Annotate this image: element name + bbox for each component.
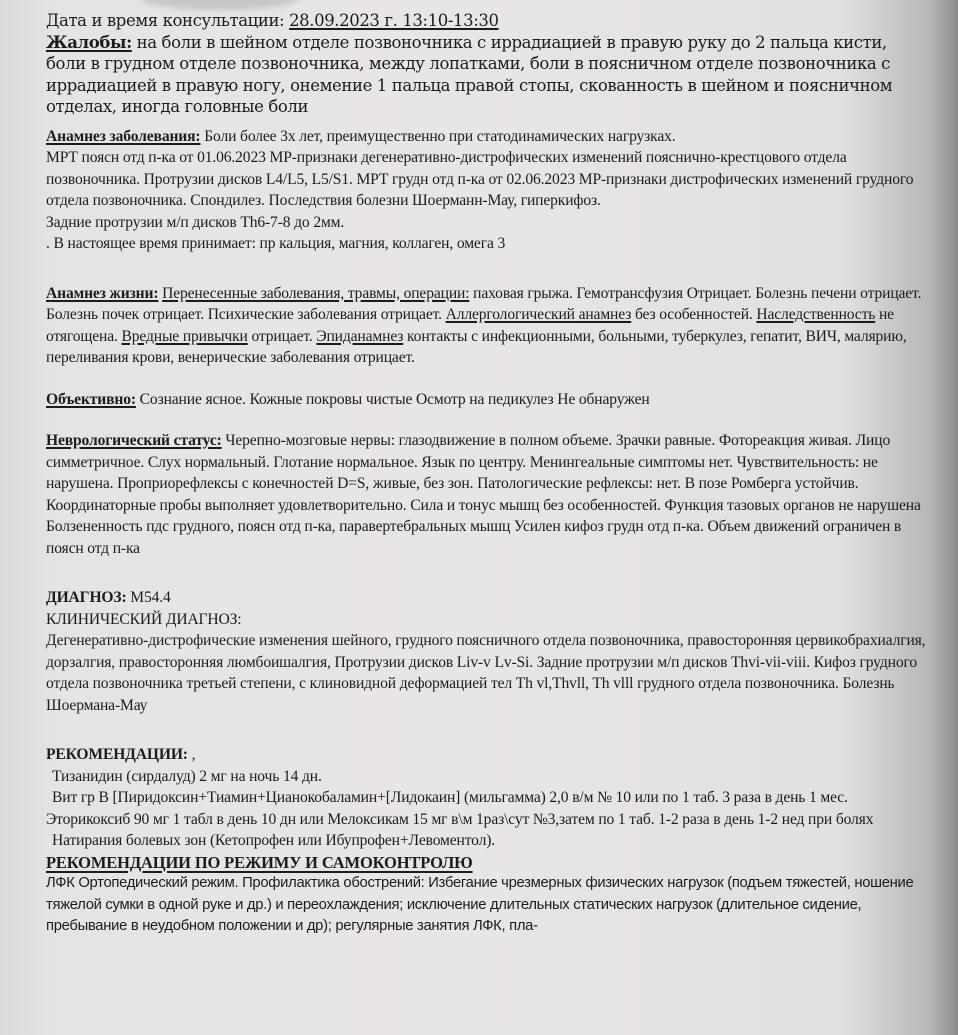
consultation-label: Дата и время консультации:	[46, 11, 284, 30]
disease-history-line-3: . В настоящее время принимает: пр кальци…	[46, 233, 926, 255]
life-history-label: Анамнез жизни:	[46, 285, 158, 302]
regime-text: ЛФК Ортопедический режим. Профилактика о…	[46, 873, 926, 938]
photo-smudge	[140, 0, 300, 10]
recommendation-item: Тизанидин (сирдалуд) 2 мг на ночь 14 дн.	[46, 766, 926, 788]
objective-text: Сознание ясное. Кожные покровы чистые Ос…	[136, 391, 650, 408]
disease-history-text: Боли более 3х лет, преимущественно при с…	[200, 128, 675, 145]
recommendation-item: Вит гр В [Пиридоксин+Тиамин+Цианокобалам…	[46, 787, 926, 809]
objective-label: Объективно:	[46, 391, 136, 408]
recommendation-item: Эторикоксиб 90 мг 1 табл в день 10 дн ил…	[46, 809, 926, 831]
allergy-label: Аллергологический анамнез	[446, 306, 632, 323]
diagnosis-line: ДИАГНОЗ: М54.4	[46, 587, 926, 609]
diagnosis-code: М54.4	[127, 589, 171, 606]
neuro-status-section: Неврологический статус: Черепно-мозговые…	[46, 430, 926, 559]
regime-heading: РЕКОМЕНДАЦИИ ПО РЕЖИМУ И САМОКОНТРОЛЮ	[46, 852, 926, 874]
recommendations-label-suffix: ,	[188, 746, 196, 763]
consultation-value: 28.09.2023 г. 13:10-13:30	[289, 11, 499, 30]
clinical-diagnosis-label: КЛИНИЧЕСКИЙ ДИАГНОЗ:	[46, 609, 926, 631]
complaints-section: Жалобы: на боли в шейном отделе позвоноч…	[46, 32, 926, 118]
recommendations-label: РЕКОМЕНДАЦИИ:	[46, 746, 188, 763]
complaints-text: на боли в шейном отделе позвоночника с и…	[46, 33, 892, 117]
epid-label: Эпиданамнез	[316, 328, 403, 345]
heredity-label: Наследственность	[756, 306, 875, 323]
disease-history-heading: Анамнез заболевания:	[46, 128, 200, 145]
recommendations-heading: РЕКОМЕНДАЦИИ: ,	[46, 744, 926, 766]
recommendation-item: Натирания болевых зон (Кетопрофен или Иб…	[46, 830, 926, 852]
diagnosis-label: ДИАГНОЗ:	[46, 589, 127, 606]
neuro-status-text: Черепно-мозговые нервы: глазодвижение в …	[46, 432, 921, 557]
neuro-status-label: Неврологический статус:	[46, 432, 222, 449]
consultation-datetime: Дата и время консультации: 28.09.2023 г.…	[46, 10, 926, 32]
disease-history-line-2: Задние протрузии м/п дисков Th6-7-8 до 2…	[46, 212, 926, 234]
complaints-label: Жалобы:	[46, 33, 132, 52]
life-history-sublabel: Перенесенные заболевания, травмы, операц…	[162, 285, 469, 302]
clinical-diagnosis-text: Дегенеративно-дистрофические изменения ш…	[46, 630, 926, 716]
objective-section: Объективно: Сознание ясное. Кожные покро…	[46, 389, 926, 411]
life-history-text-2: без особенностей.	[631, 306, 756, 323]
consultation-document: Дата и время консультации: 28.09.2023 г.…	[46, 10, 926, 938]
life-history-section: Анамнез жизни: Перенесенные заболевания,…	[46, 283, 926, 369]
disease-history-intro: Анамнез заболевания: Боли более 3х лет, …	[46, 126, 926, 148]
habits-label: Вредные привычки	[122, 328, 248, 345]
disease-history-line-1: МРТ поясн отд п-ка от 01.06.2023 МР-приз…	[46, 147, 926, 212]
life-history-text-4: отрицает.	[248, 328, 317, 345]
